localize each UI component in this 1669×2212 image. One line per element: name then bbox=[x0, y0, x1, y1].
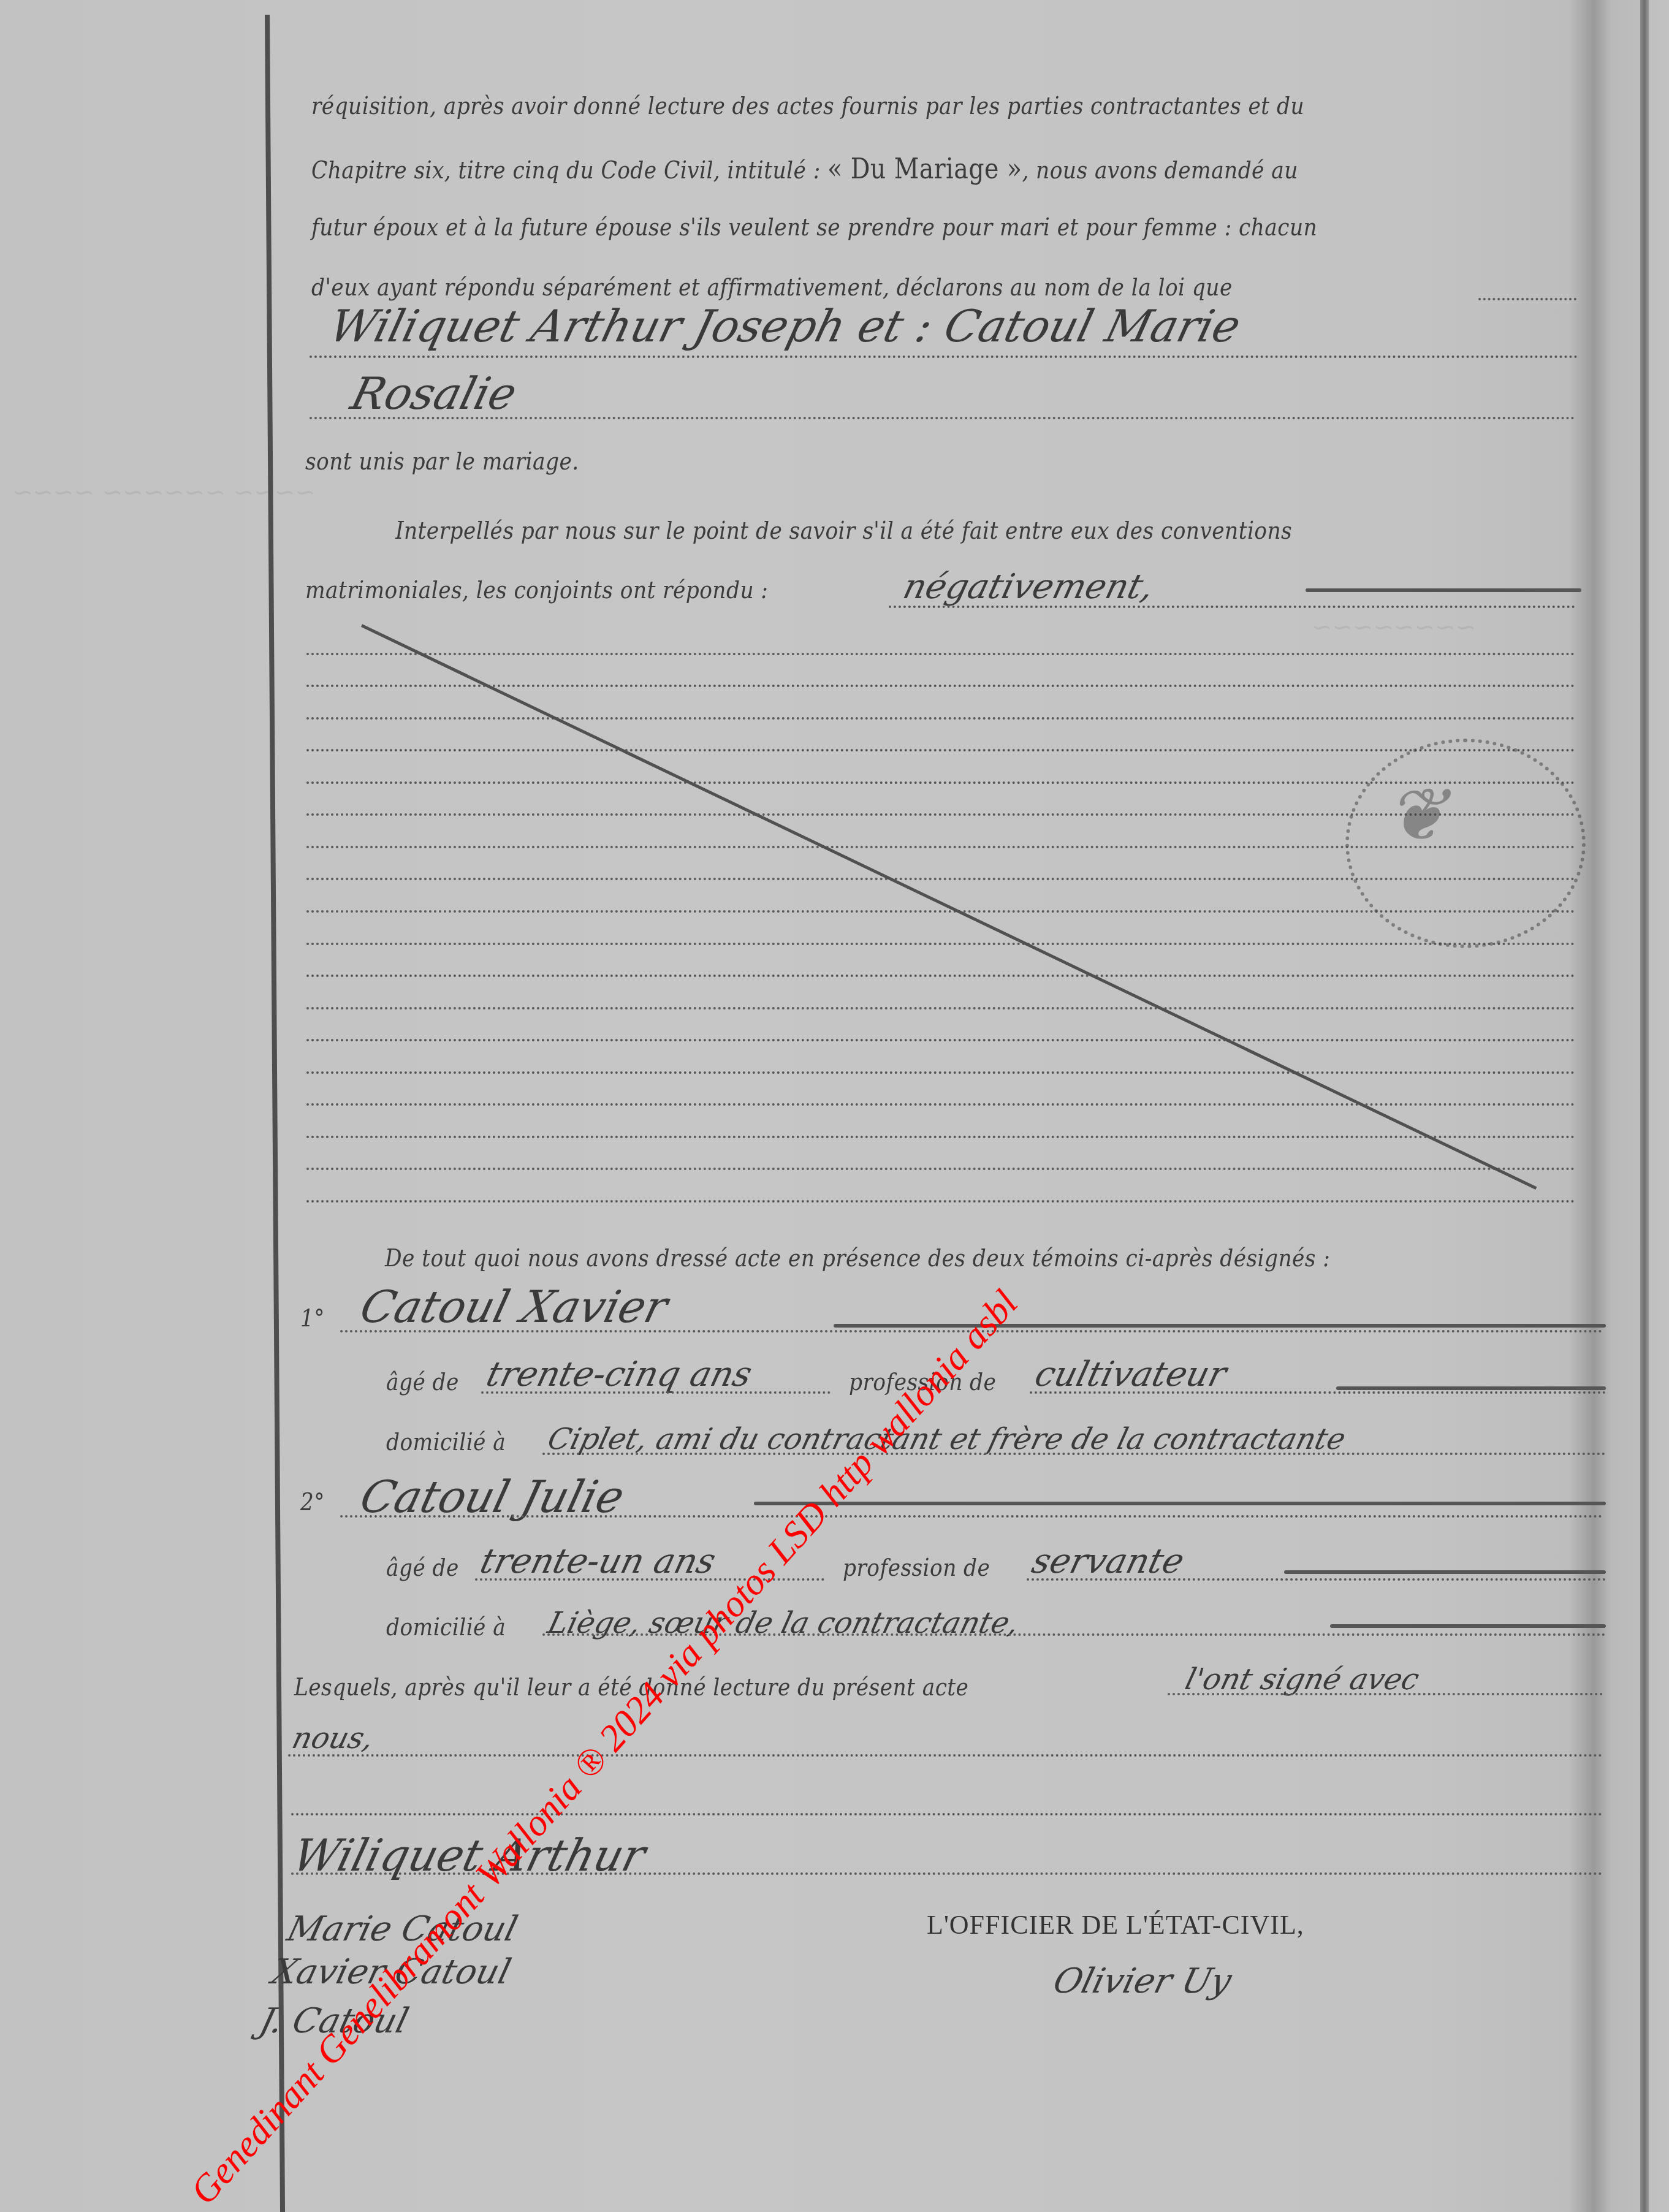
dotted-line bbox=[889, 606, 1575, 608]
dotted-line bbox=[306, 975, 1575, 977]
du-mariage-title: « Du Mariage » bbox=[827, 152, 1022, 185]
witness1-domicile: Ciplet, ami du contractant et frère de l… bbox=[544, 1422, 1349, 1456]
printed-line-requisition: réquisition, après avoir donné lecture d… bbox=[311, 92, 1304, 120]
dotted-line bbox=[291, 1813, 1603, 1815]
dotted-line bbox=[306, 1168, 1575, 1170]
witness2-profession: servante bbox=[1028, 1541, 1188, 1581]
witness1-profession: cultivateur bbox=[1031, 1355, 1230, 1394]
witness2-age: trente-un ans bbox=[476, 1541, 720, 1581]
dotted-line bbox=[306, 1039, 1575, 1041]
printed-line-matrimoniales: matrimoniales, les conjoints ont répondu… bbox=[305, 576, 768, 604]
dotted-line bbox=[340, 1515, 1603, 1518]
official-seal-stamp: ❦ bbox=[1345, 739, 1586, 948]
filler-stroke bbox=[1306, 588, 1581, 592]
printed-line-unis: sont unis par le mariage. bbox=[305, 447, 579, 476]
dotted-line bbox=[306, 1071, 1575, 1074]
dotted-line bbox=[306, 749, 1575, 751]
bleed-through-text: ~~~~ ~~~~~~ ~~~~ bbox=[12, 478, 316, 506]
dotted-line bbox=[288, 1754, 1603, 1757]
dotted-line bbox=[310, 355, 1578, 358]
bleed-through-text: ~~~~~~~~ bbox=[1312, 613, 1476, 641]
margin-rule bbox=[265, 15, 285, 2212]
spouses-names-line2: Rosalie bbox=[346, 368, 522, 419]
signed-clause-end: nous, bbox=[289, 1721, 378, 1755]
seal-emblem-icon: ❦ bbox=[1386, 773, 1448, 858]
dotted-line bbox=[306, 653, 1575, 655]
page-binding-edge bbox=[1640, 0, 1649, 2212]
dotted-line bbox=[306, 1136, 1575, 1138]
witness1-age-label: âgé de bbox=[386, 1368, 459, 1396]
filler-stroke bbox=[834, 1324, 1606, 1328]
dotted-line bbox=[481, 1391, 831, 1394]
dotted-line bbox=[1027, 1578, 1606, 1581]
witness2-number: 2° bbox=[300, 1488, 325, 1516]
dotted-line bbox=[1168, 1693, 1603, 1695]
witness2-age-label: âgé de bbox=[386, 1554, 459, 1582]
printed-line-declarons: d'eux ayant répondu séparément et affirm… bbox=[311, 273, 1233, 302]
chapitre-text: Chapitre six, titre cinq du Code Civil, … bbox=[311, 156, 821, 184]
witness1-age: trente-cinq ans bbox=[482, 1355, 756, 1394]
dotted-line bbox=[306, 1103, 1575, 1106]
dotted-line bbox=[306, 943, 1575, 945]
dotted-line bbox=[306, 1200, 1575, 1203]
printed-line-futur-epoux: futur époux et à la future épouse s'ils … bbox=[311, 213, 1317, 241]
spouses-names-line1: Wiliquet Arthur Joseph et : Catoul Marie bbox=[325, 300, 1246, 352]
filler-stroke bbox=[754, 1502, 1606, 1505]
dotted-line bbox=[310, 417, 1575, 419]
dotted-line bbox=[306, 1007, 1575, 1009]
witness2-domicile-label: domicilié à bbox=[386, 1613, 506, 1641]
printed-line-de-tout-quoi: De tout quoi nous avons dressé acte en p… bbox=[385, 1244, 1330, 1272]
witness1-number: 1° bbox=[300, 1304, 325, 1332]
conventions-answer: négativement, bbox=[899, 567, 1158, 607]
dotted-line bbox=[306, 685, 1575, 687]
officer-title: L'OFFICIER DE L'ÉTAT-CIVIL, bbox=[927, 1909, 1304, 1940]
witness1-name: Catoul Xavier bbox=[355, 1281, 673, 1332]
register-page: ~~~~ ~~~~~~ ~~~~ ~~~~~~~~ réquisition, a… bbox=[0, 0, 1669, 2212]
dotted-line bbox=[1030, 1391, 1606, 1394]
witness1-domicile-label: domicilié à bbox=[386, 1428, 506, 1456]
filler-stroke bbox=[1284, 1570, 1606, 1574]
signature-officer: Olivier Uy bbox=[1049, 1961, 1236, 2001]
filler-stroke bbox=[1330, 1624, 1606, 1628]
printed-line-chapitre: Chapitre six, titre cinq du Code Civil, … bbox=[311, 152, 1298, 185]
signed-clause: l'ont signé avec bbox=[1182, 1662, 1423, 1697]
dotted-line bbox=[1478, 298, 1576, 300]
filler-stroke bbox=[1336, 1386, 1606, 1390]
witness2-profession-label: profession de bbox=[843, 1554, 990, 1582]
dotted-line bbox=[306, 717, 1575, 720]
chapitre-text-end: , nous avons demandé au bbox=[1022, 156, 1298, 184]
printed-line-interpelles: Interpellés par nous sur le point de sav… bbox=[395, 517, 1292, 545]
dotted-line bbox=[542, 1453, 1606, 1455]
